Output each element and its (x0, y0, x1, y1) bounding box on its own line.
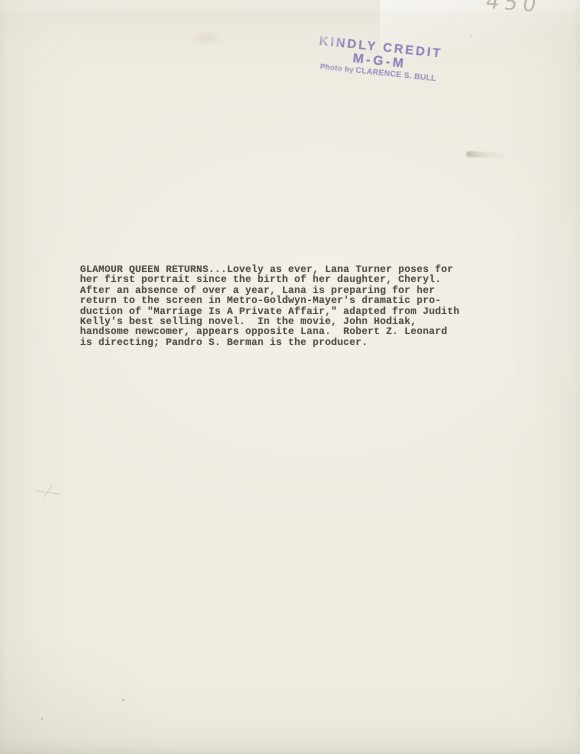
pencil-mark (466, 151, 506, 159)
typed-caption: GLAMOUR QUEEN RETURNS...Lovely as ever, … (80, 266, 480, 349)
paper-smudge (184, 27, 228, 49)
credit-stamp: KINDLY CREDIT M-G-M Photo byCLARENCE S. … (310, 33, 449, 86)
photo-verso-page: 450 KINDLY CREDIT M-G-M Photo byCLARENCE… (0, 0, 580, 754)
handwritten-archive-number: 450 (484, 0, 543, 17)
paper-scratch (32, 483, 66, 501)
paper-speck (122, 699, 125, 701)
paper-speck (41, 718, 43, 720)
caption-line: is directing; Pandro S. Berman is the pr… (80, 339, 480, 349)
paper-speck (470, 35, 472, 37)
stamp-photo-by-label: Photo by (320, 62, 354, 74)
